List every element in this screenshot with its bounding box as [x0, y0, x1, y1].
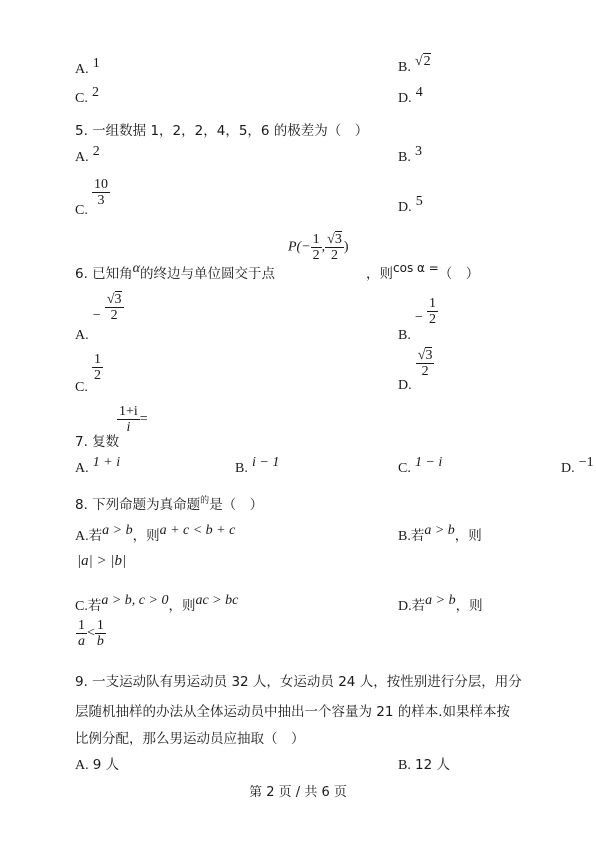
fraction: √3 2	[105, 292, 124, 323]
denominator: a	[76, 634, 87, 649]
option-value: 2	[92, 85, 99, 100]
option-value: 4	[416, 85, 423, 100]
option-label: A.	[75, 529, 89, 544]
numerator: 10	[92, 177, 110, 193]
fraction: 1b	[95, 618, 106, 649]
q9-stem-line1: 9. 一支运动队有男运动员 32 人，女运动员 24 人，按性别进行分层，用分	[75, 670, 522, 690]
then-text: ，则	[455, 528, 482, 544]
fraction: √3 2	[416, 348, 435, 379]
q4-option-d: D. 4	[398, 91, 423, 107]
q8-option-d: D.若a > b，则	[398, 594, 483, 615]
stem-text: 是（ ）	[209, 497, 263, 513]
option-label: A.	[75, 150, 89, 165]
if-text: 若	[88, 598, 102, 614]
option-value: i − 1	[252, 455, 279, 470]
option-value: 9 人	[93, 757, 119, 773]
q8-option-d-result: 1a<1b	[76, 618, 106, 649]
point-y-fraction: √32	[325, 232, 344, 263]
option-value: 5	[416, 194, 423, 209]
cos-expression: cos α =	[393, 261, 439, 275]
option-value: 1	[93, 56, 100, 71]
radicand: 3	[335, 231, 342, 247]
point-x-fraction: 12	[311, 232, 322, 263]
answer-paren: （ ）	[439, 266, 480, 282]
q8-stem: 8. 下列命题为真命题的是（ ）	[75, 493, 263, 513]
q4-option-b: B. √2	[398, 60, 431, 76]
alpha-symbol: α	[133, 261, 140, 276]
numerator: 1	[76, 618, 87, 634]
q7-stem: 7. 复数	[75, 430, 119, 450]
fraction: 1 2	[92, 352, 103, 383]
option-label: C.	[75, 203, 88, 218]
denominator: 2	[109, 308, 120, 323]
q5-option-c: C. 10 3	[75, 177, 110, 208]
stem-text: 6. 已知角	[75, 266, 133, 282]
if-text: 若	[89, 528, 103, 544]
q6-point: P(−12,√32)	[288, 232, 349, 263]
option-label: A.	[75, 758, 89, 773]
page-footer: 第 2 页 / 共 6 页	[0, 781, 596, 800]
less-than-sign: <	[87, 626, 95, 641]
option-label: C.	[75, 599, 88, 614]
condition: a > b	[425, 593, 455, 608]
numerator: 1	[95, 618, 106, 634]
point-label: P(−	[288, 240, 311, 255]
q5-option-a: A. 2	[75, 150, 100, 166]
minus-sign: −	[415, 310, 423, 325]
q6-option-d: D. √3 2	[398, 348, 434, 379]
condition: a > b	[424, 523, 454, 538]
numerator: 1	[92, 352, 103, 368]
numerator: √3	[325, 232, 344, 248]
q8-option-b: B.若a > b，则	[398, 524, 482, 545]
radicand: 3	[425, 347, 432, 363]
fraction: 1+i i	[117, 404, 140, 435]
numerator: 1	[427, 296, 438, 312]
option-label: D.	[561, 461, 575, 476]
option-label: A.	[75, 62, 89, 77]
if-text: 若	[411, 528, 425, 544]
option-value: −1	[579, 455, 594, 470]
condition: a > b	[102, 523, 132, 538]
q9-stem-line3: 比例分配，那么男运动员应抽取（ ）	[75, 727, 305, 747]
numerator: √3	[105, 292, 124, 308]
q7-option-c: C. 1 − i	[398, 461, 442, 477]
denominator: b	[95, 634, 106, 649]
option-label: D.	[398, 91, 412, 106]
option-label: A.	[75, 461, 89, 476]
q7-expression: 1+i i =	[117, 404, 148, 435]
q5-stem: 5. 一组数据 1，2，2，4，5，6 的极差为（ ）	[75, 119, 368, 139]
q6-option-c: C. 1 2	[75, 352, 103, 383]
q9-option-a: A. 9 人	[75, 753, 119, 774]
denominator: 2	[92, 368, 103, 383]
result: ac > bc	[195, 593, 238, 608]
stem-superscript: 的	[200, 496, 209, 506]
then-text: ，则	[133, 528, 160, 544]
radicand: 3	[115, 291, 122, 307]
fraction: 10 3	[92, 177, 110, 208]
option-label: A.	[75, 328, 89, 343]
q6-option-b: B. − 1 2	[398, 296, 438, 327]
then-text: ，则	[456, 598, 483, 614]
option-value: 2	[93, 144, 100, 159]
option-label: C.	[398, 461, 411, 476]
q5-option-d: D. 5	[398, 200, 423, 216]
q8-option-c: C.若a > b, c > 0，则ac > bc	[75, 594, 238, 615]
denominator: 2	[311, 248, 322, 263]
option-label: B.	[398, 150, 411, 165]
option-label: B.	[235, 461, 248, 476]
radical-sign: √	[107, 292, 115, 307]
then-text: ，则	[168, 598, 195, 614]
q9-stem-line2: 层随机抽样的办法从全体运动员中抽出一个容量为 21 的样本.如果样本按	[75, 700, 510, 720]
option-label: D.	[398, 599, 412, 614]
q9-option-b: B. 12 人	[398, 753, 450, 774]
option-label: C.	[75, 380, 88, 395]
q4-option-a: A. 1	[75, 62, 100, 78]
fraction: 1 2	[427, 296, 438, 327]
q7-option-a: A. 1 + i	[75, 461, 120, 477]
option-label: B.	[398, 328, 411, 343]
option-label: D.	[398, 200, 412, 215]
q5-option-b: B. 3	[398, 150, 422, 166]
radicand: 2	[423, 53, 431, 69]
stem-text: 的终边与单位圆交于点	[140, 266, 275, 282]
numerator: √3	[416, 348, 435, 364]
q8-option-b-result: |a| > |b|	[77, 553, 126, 570]
option-value: 1 − i	[415, 455, 442, 470]
denominator: 2	[329, 248, 340, 263]
option-label: B.	[398, 758, 411, 773]
numerator: 1+i	[117, 404, 140, 420]
radical-sign: √	[415, 54, 423, 69]
option-label: B.	[398, 529, 411, 544]
option-label: C.	[75, 91, 88, 106]
q6-stem-after: ，则cos α =（ ）	[366, 262, 479, 282]
if-text: 若	[412, 598, 426, 614]
option-label: B.	[398, 60, 411, 75]
minus-sign: −	[93, 308, 101, 323]
q7-option-d: D. −1	[561, 461, 594, 477]
condition: a > b, c > 0	[101, 593, 168, 608]
fraction: 1a	[76, 618, 87, 649]
point-close: )	[344, 240, 349, 255]
q7-option-b: B. i − 1	[235, 461, 279, 477]
q8-option-a: A.若a > b，则a + c < b + c	[75, 524, 235, 545]
denominator: 2	[427, 312, 438, 327]
q6-option-a: A. − √3 2	[75, 292, 124, 323]
stem-text: 8. 下列命题为真命题	[75, 497, 200, 513]
numerator: 1	[311, 232, 322, 248]
sqrt-expression: √2	[415, 54, 431, 70]
result: a + c < b + c	[160, 523, 236, 538]
denominator: 2	[420, 364, 431, 379]
equals-sign: =	[140, 412, 148, 427]
denominator: 3	[95, 193, 106, 208]
option-label: D.	[398, 378, 412, 393]
q6-stem-before: 6. 已知角α的终边与单位圆交于点	[75, 262, 275, 283]
option-value: 3	[415, 144, 422, 159]
stem-text: ，则	[366, 266, 393, 282]
option-value: 1 + i	[93, 455, 120, 470]
denominator: i	[124, 420, 132, 435]
q4-option-c: C. 2	[75, 91, 99, 107]
option-value: 12 人	[415, 757, 450, 773]
